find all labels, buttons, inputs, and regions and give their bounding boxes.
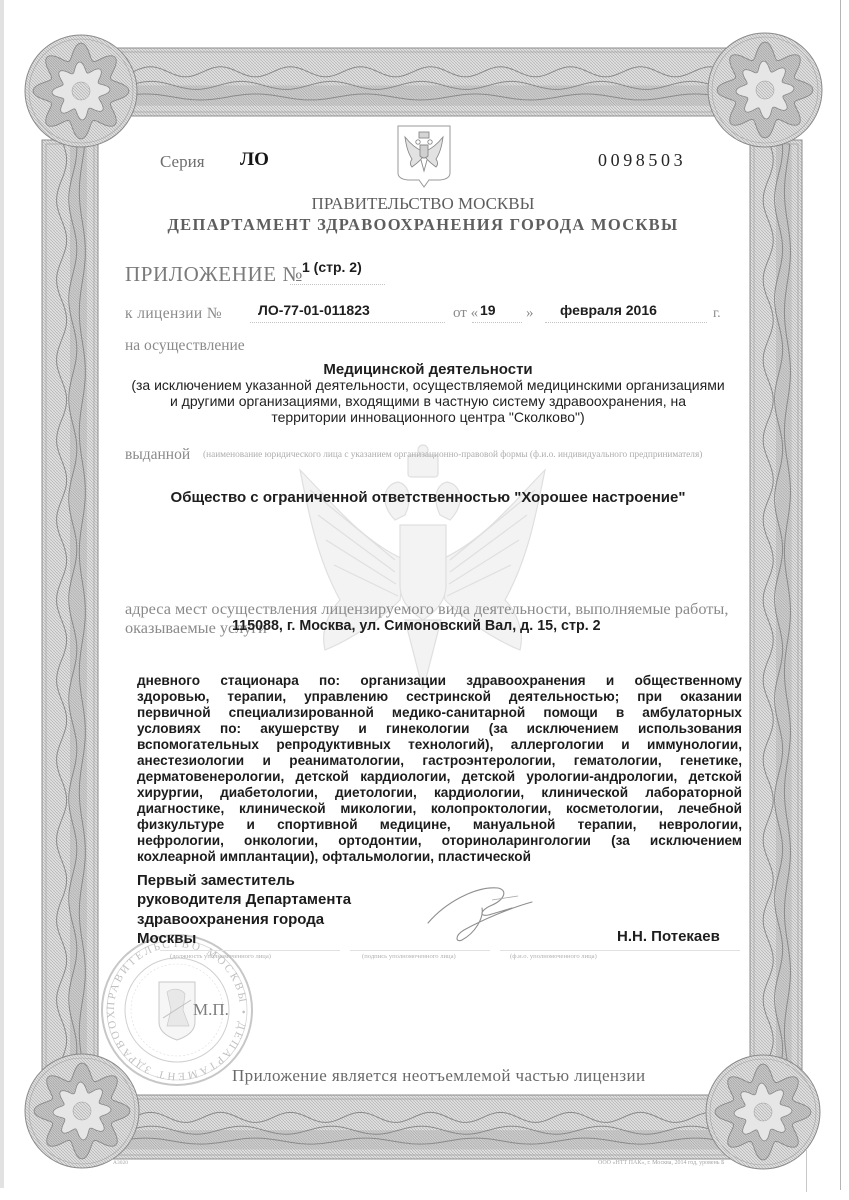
appendix-label: ПРИЛОЖЕНИЕ № — [125, 262, 303, 287]
signatory-position-line: здравоохранения города — [137, 910, 351, 929]
footer-note: Приложение является неотъемлемой частью … — [232, 1066, 646, 1086]
activity-note-line: территории инновационного центра "Сколко… — [110, 409, 746, 425]
signature-line — [350, 950, 490, 951]
license-date-from-label: от « — [453, 305, 478, 322]
handwritten-signature-icon — [420, 878, 540, 948]
series-value: ЛО — [240, 149, 269, 171]
license-year-suffix: г. — [713, 306, 721, 322]
services-line: первичной специализированной медико-сани… — [137, 705, 742, 721]
activity-note: (за исключением указанной деятельности, … — [110, 377, 746, 425]
license-number-underline — [250, 322, 445, 323]
services-line: анестезиологии и реаниматологии, гастроэ… — [137, 753, 742, 769]
license-day-close-quote: » — [526, 305, 534, 322]
addresses-label: адреса мест осуществления лицензируемого… — [125, 599, 728, 619]
license-label: к лицензии № — [125, 305, 222, 323]
services-line: вспомогательных репродуктивных технологи… — [137, 737, 742, 753]
services-line: нефрологии, онкологии, ортодонтии, отори… — [137, 833, 742, 849]
activity-note-line: (за исключением указанной деятельности, … — [110, 377, 746, 393]
name-caption: (ф.и.о. уполномоченного лица) — [510, 953, 597, 960]
appendix-underline — [290, 284, 385, 285]
activity-label: на осуществление — [125, 337, 245, 355]
position-line — [160, 950, 340, 951]
services-line: физкультуре и спортивной медицине, мануа… — [137, 817, 742, 833]
activity-note-line: и другими организациями, входящими в час… — [110, 393, 746, 409]
signature-caption: (подпись уполномоченного лица) — [362, 953, 456, 960]
series-label: Серия — [160, 152, 205, 172]
issuing-authority: ПРАВИТЕЛЬСТВО МОСКВЫ — [123, 194, 723, 214]
services-line: условиях по: акушерству и гинекологии (з… — [137, 721, 742, 737]
print-code: А3020 — [113, 1160, 128, 1166]
position-caption: (должность уполномоченного лица) — [170, 953, 271, 960]
activity-title: Медицинской деятельности — [110, 361, 746, 378]
license-number: ЛО-77-01-011823 — [258, 302, 370, 318]
services-text: дневного стационара по: организации здра… — [137, 673, 742, 865]
name-line — [500, 950, 740, 951]
signatory-position-line: Первый заместитель — [137, 871, 351, 890]
license-holder: Общество с ограниченной ответственностью… — [110, 489, 746, 506]
license-month-year: февраля 2016 — [560, 302, 657, 318]
activity-address: 115088, г. Москва, ул. Симоновский Вал, … — [232, 618, 601, 634]
services-line: дерматовенерологии, детской кардиологии,… — [137, 769, 742, 785]
signatory-position-line: Москвы — [137, 929, 351, 948]
license-day: 19 — [480, 302, 496, 318]
services-line: кохлеарной имплантации), офтальмологии, … — [137, 849, 742, 865]
seal-placeholder-label: М.П. — [193, 1000, 229, 1020]
services-line: дневного стационара по: организации здра… — [137, 673, 742, 689]
signatory-position: Первый заместитель руководителя Департам… — [137, 871, 351, 948]
license-month-underline — [545, 322, 707, 323]
services-line: диагностике, клинической микологии, коло… — [137, 801, 742, 817]
signatory-position-line: руководителя Департамента — [137, 890, 351, 909]
services-line: здоровью, терапии, управлению сестринско… — [137, 689, 742, 705]
services-line: хирургии, диабетологии, диетологии, кард… — [137, 785, 742, 801]
issued-label: выданной — [125, 446, 190, 464]
issuing-department: ДЕПАРТАМЕНТ ЗДРАВООХРАНЕНИЯ ГОРОДА МОСКВ… — [123, 215, 723, 235]
coat-of-arms-icon — [395, 123, 453, 189]
signatory-name: Н.Н. Потекаев — [617, 928, 720, 945]
issued-caption: (наименование юридического лица с указан… — [203, 450, 702, 460]
license-day-underline — [472, 322, 522, 323]
certificate-number: 0098503 — [598, 150, 686, 171]
appendix-number: 1 (стр. 2) — [302, 259, 362, 275]
printer-imprint: ООО «НТТ ПАК», г. Москва, 2014 год, уров… — [598, 1160, 725, 1166]
